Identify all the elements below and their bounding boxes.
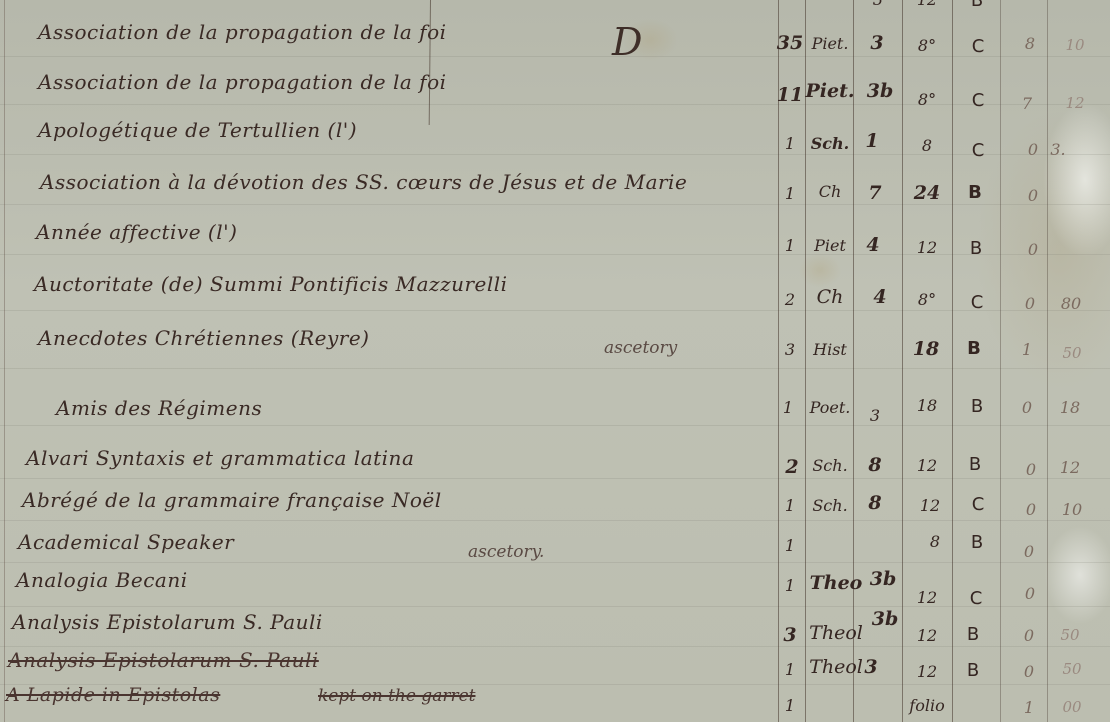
ledger-page: D 3 12 B Association de la propagation d…	[0, 0, 1110, 722]
cell-class: C	[971, 292, 984, 313]
cell-format: 12	[917, 0, 937, 9]
ruled-line	[0, 425, 1110, 426]
cell-shelf: 4	[873, 286, 886, 308]
cell-class: B	[968, 182, 982, 203]
cell-subject: Sch.	[812, 496, 847, 515]
cell-cents: 50	[1060, 626, 1079, 644]
entry-title: Auctoritate (de) Summi Pontificis Mazzur…	[34, 272, 508, 296]
entry-title: Association de la propagation de la foi	[38, 70, 447, 94]
column-rule	[805, 0, 806, 722]
left-margin-line	[4, 0, 5, 722]
cell-copies: 35	[777, 32, 803, 54]
cell-cents: 10	[1062, 500, 1082, 519]
cell-class: C	[972, 90, 985, 111]
cell-shelf: 3b	[870, 568, 897, 590]
cell-cents: 18	[1060, 398, 1080, 417]
cell-subject: Poet.	[810, 398, 851, 417]
cell-price: 0	[1022, 398, 1032, 417]
entry-title-struck: A Lapide in Epistolas	[6, 684, 220, 706]
cell-cents: 80	[1061, 294, 1081, 313]
cell-class: B	[970, 238, 982, 259]
cell-subject: Theol	[809, 622, 863, 644]
entry-title: Abrégé de la grammaire française Noël	[22, 488, 442, 512]
cell-cents: 12	[1065, 94, 1084, 112]
ruled-line	[0, 254, 1110, 255]
column-rule	[1000, 0, 1001, 722]
entry-title: Année affective (l')	[36, 220, 237, 244]
cell-class: B	[967, 660, 979, 681]
entry-title: Apologétique de Tertullien (l')	[38, 118, 357, 142]
ruled-line	[0, 310, 1110, 311]
ruled-line	[0, 646, 1110, 647]
column-rule	[902, 0, 903, 722]
cell-cents: 50	[1062, 660, 1081, 678]
cell-shelf: 4	[866, 234, 879, 256]
cell-price: 0	[1024, 626, 1034, 645]
cell-copies: 1	[785, 536, 795, 555]
entry-title: Analogia Becani	[16, 568, 188, 592]
cell-format: folio	[909, 696, 944, 715]
ruled-line	[0, 520, 1110, 521]
column-rule	[1047, 0, 1048, 722]
cell-price: 0	[1028, 140, 1038, 159]
cell-price: 0	[1024, 542, 1034, 561]
cell-class: B	[971, 396, 983, 417]
cell-subject: Piet.	[806, 80, 855, 102]
column-rule	[952, 0, 953, 722]
cell-class: B	[971, 532, 983, 553]
cell-copies: 1	[785, 660, 795, 679]
cell-subject: Ch	[817, 286, 844, 308]
entry-title: Association à la dévotion des SS. cœurs …	[40, 170, 687, 194]
cell-price: 8	[1025, 34, 1035, 53]
cell-price: 1	[1022, 340, 1032, 359]
cell-format: 12	[917, 662, 937, 681]
cell-subject: Hist	[813, 340, 847, 359]
ruled-line	[0, 562, 1110, 563]
cell-subject: Ch	[819, 182, 842, 201]
cell-copies: 11	[777, 84, 803, 106]
column-rule	[853, 0, 854, 722]
cell-format: 8°	[918, 290, 936, 309]
cell-shelf: 3	[864, 656, 877, 678]
cell-shelf: 8	[868, 454, 881, 476]
cell-copies: 2	[785, 290, 795, 309]
entry-title: Association de la propagation de la foi	[38, 20, 447, 44]
cell-shelf: 3	[870, 406, 880, 425]
cell-format: 12	[917, 456, 937, 475]
ruled-line	[0, 368, 1110, 369]
cell-shelf: 3	[870, 32, 883, 54]
cell-class: C	[970, 588, 983, 609]
cell-format: 12	[917, 238, 937, 257]
cell-copies: 1	[785, 576, 795, 595]
cell-format: 18	[913, 338, 939, 360]
cell-format: 18	[917, 396, 937, 415]
entry-title: Amis des Régimens	[56, 396, 262, 420]
cell-price: 0	[1026, 500, 1036, 519]
cell-format: 12	[920, 496, 940, 515]
cell-class: C	[972, 36, 985, 57]
cell-format: 8°	[918, 36, 936, 55]
cell-subject: Sch.	[812, 456, 847, 475]
ruled-line	[0, 104, 1110, 105]
cell-class: C	[972, 494, 985, 515]
cell-copies: 1	[785, 134, 795, 153]
cell-subject: Sch.	[811, 134, 850, 153]
cell-price: 1	[1024, 698, 1034, 717]
cell-shelf: 3b	[872, 608, 899, 630]
cell-class: C	[972, 140, 985, 161]
cell-class: B	[971, 0, 983, 11]
cell-shelf: 3	[873, 0, 883, 9]
cell-class: B	[967, 338, 981, 359]
cell-cents: 12	[1060, 458, 1080, 477]
entry-title: Analysis Epistolarum S. Pauli	[12, 610, 323, 634]
cell-format: 12	[917, 626, 937, 645]
cell-price: 0	[1025, 584, 1035, 603]
pen-stroke	[429, 0, 431, 125]
cell-format: 8°	[918, 90, 936, 109]
cell-price: 0	[1028, 186, 1038, 205]
cell-format: 8	[930, 532, 940, 551]
cell-price: 7	[1022, 94, 1032, 113]
cell-shelf: 1	[865, 130, 878, 152]
cell-copies: 3	[783, 624, 796, 646]
corner-mark: D	[612, 20, 642, 64]
cell-class: B	[969, 454, 981, 475]
cell-cents: 00	[1062, 698, 1081, 716]
cell-copies: 1	[785, 496, 795, 515]
cell-price: 0	[1028, 240, 1038, 259]
cell-copies: 1	[783, 398, 793, 417]
cell-cents: 50	[1062, 344, 1081, 362]
cell-cents: 3.	[1050, 140, 1065, 159]
cell-subject: Piet.	[812, 34, 849, 53]
entry-note: ascetory	[604, 338, 677, 358]
entry-title: Alvari Syntaxis et grammatica latina	[26, 446, 414, 470]
column-rule	[778, 0, 779, 722]
cell-copies: 1	[785, 184, 795, 203]
cell-price: 0	[1026, 460, 1036, 479]
cell-copies: 3	[785, 340, 795, 359]
entry-title: Anecdotes Chrétiennes (Reyre)	[38, 326, 369, 350]
entry-note: ascetory.	[468, 542, 544, 562]
entry-note-struck: kept on the garret	[318, 686, 475, 706]
ruled-line	[0, 56, 1110, 57]
cell-price: 0	[1025, 294, 1035, 313]
ruled-line	[0, 154, 1110, 155]
cell-shelf: 3b	[867, 80, 894, 102]
cell-copies: 2	[785, 456, 798, 478]
cell-format: 24	[914, 182, 940, 204]
ruled-line	[0, 606, 1110, 607]
cell-copies: 1	[785, 696, 795, 715]
cell-price: 0	[1024, 662, 1034, 681]
cell-copies: 1	[785, 236, 795, 255]
cell-format: 12	[917, 588, 937, 607]
cell-subject: Piet	[814, 236, 846, 255]
cell-cents: 10	[1065, 36, 1084, 54]
cell-subject: Theol	[809, 656, 863, 678]
cell-shelf: 8	[868, 492, 881, 514]
ruled-line	[0, 204, 1110, 205]
entry-title: Academical Speaker	[18, 530, 234, 554]
entry-title-struck: Analysis Epistolarum S. Pauli	[8, 648, 319, 672]
ruled-line	[0, 478, 1110, 479]
cell-format: 8	[922, 136, 932, 155]
cell-class: B	[967, 624, 979, 645]
cell-subject: Theo	[810, 572, 863, 594]
cell-shelf: 7	[868, 182, 881, 204]
